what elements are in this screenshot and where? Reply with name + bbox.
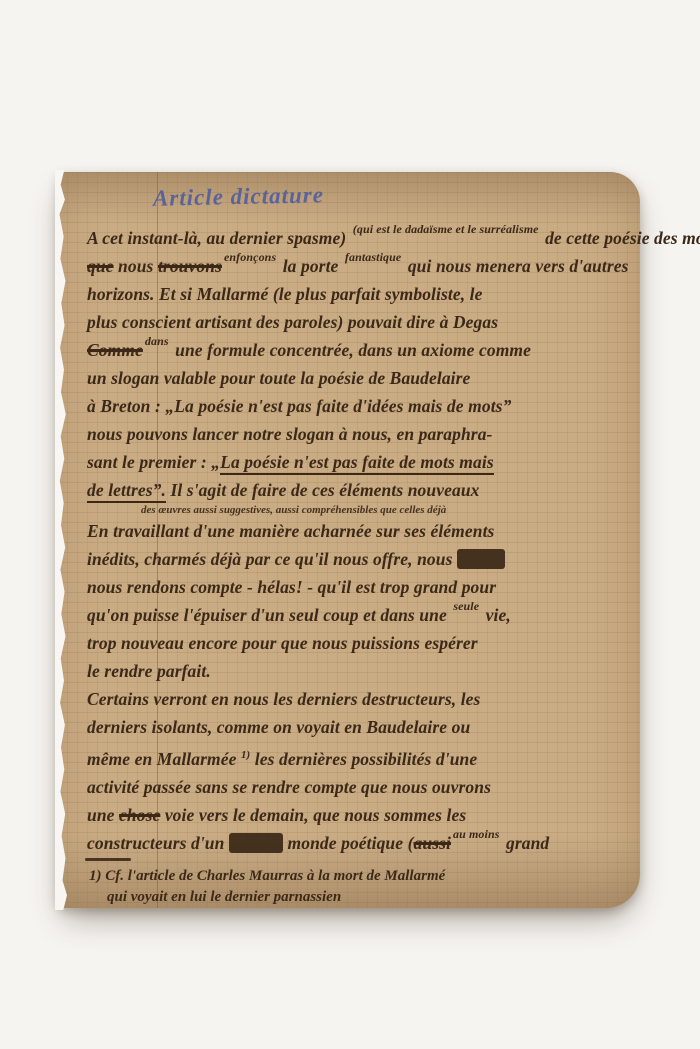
- segment-scribble: chemin: [229, 833, 283, 853]
- footnote-line: qui voyait en lui le dernier parnassien: [89, 887, 624, 908]
- text-block: A cet instant-là, au dernier spasme) (qu…: [87, 224, 627, 857]
- text-segment: même en Mallarmée: [87, 749, 241, 769]
- manuscript-line: de lettres”. Il s'agit de faire de ces é…: [87, 476, 627, 504]
- manuscript-line: le rendre parfait.: [87, 657, 627, 685]
- torn-edge: [55, 170, 70, 910]
- manuscript-line: Certains verront en nous les derniers de…: [87, 685, 627, 713]
- text-segment: qui nous menera vers d'autres: [403, 256, 628, 276]
- footnote-block: 1) Cf. l'article de Charles Maurras à la…: [89, 866, 624, 908]
- manuscript-line: sant le premier : „La poésie n'est pas f…: [87, 448, 627, 476]
- manuscript-title: Article dictature: [153, 182, 324, 212]
- text-segment: A cet instant-là, au dernier spasme): [87, 228, 351, 248]
- text-segment: nous pouvons lancer notre slogan à nous,…: [87, 424, 492, 444]
- segment-strike: aussi: [414, 833, 451, 853]
- text-segment: la porte: [278, 256, 343, 276]
- manuscript-line: plus conscient artisant des paroles) pou…: [87, 308, 627, 336]
- manuscript-line: des œuvres aussi suggestives, aussi comp…: [87, 504, 627, 517]
- manuscript-line: A cet instant-là, au dernier spasme) (qu…: [87, 224, 627, 252]
- text-segment: monde poétique (: [283, 833, 414, 853]
- text-segment: Certains verront en nous les derniers de…: [87, 689, 480, 709]
- manuscript-line: qu'on puisse l'épuiser d'un seul coup et…: [87, 601, 627, 629]
- segment-scribble: tenons: [457, 549, 505, 569]
- text-segment: à Breton : „La poésie n'est pas faite d'…: [87, 396, 511, 416]
- text-segment: horizons. Et si Mallarmé (le plus parfai…: [87, 284, 483, 304]
- manuscript-line: à Breton : „La poésie n'est pas faite d'…: [87, 392, 627, 420]
- manuscript-line: derniers isolants, comme on voyait en Ba…: [87, 713, 627, 741]
- text-segment: Il s'agit de faire de ces éléments nouve…: [166, 480, 480, 500]
- text-segment: En travaillant d'une manière acharnée su…: [87, 521, 494, 541]
- segment-strike: chose: [119, 805, 160, 825]
- manuscript-line: trop nouveau encore pour que nous puissi…: [87, 629, 627, 657]
- manuscript-line: Commedans une formule concentrée, dans u…: [87, 336, 627, 364]
- manuscript-line: activité passée sans se rendre compte qu…: [87, 773, 627, 801]
- text-segment: qu'on puisse l'épuiser d'un seul coup et…: [87, 605, 451, 625]
- text-segment: voie vers le demain, que nous sommes les: [160, 805, 466, 825]
- segment-u: de lettres”.: [87, 480, 166, 503]
- text-segment: nous rendons compte - hélas! - qu'il est…: [87, 577, 496, 597]
- text-segment: grand: [502, 833, 550, 853]
- segment-strike: que: [87, 256, 114, 276]
- manuscript-line: constructeurs d'un chemin monde poétique…: [87, 829, 627, 857]
- manuscript-line: même en Mallarmée 1) les dernières possi…: [87, 741, 627, 773]
- photo-stage: Article dictature A cet instant-là, au d…: [0, 0, 700, 1049]
- text-segment: vie,: [481, 605, 511, 625]
- segment-strike: trouvons: [158, 256, 222, 276]
- segment-sup: 1): [241, 749, 250, 761]
- manuscript-line: une chose voie vers le demain, que nous …: [87, 801, 627, 829]
- text-segment: sant le premier : „: [87, 452, 220, 472]
- manuscript-line: nous rendons compte - hélas! - qu'il est…: [87, 573, 627, 601]
- segment-strike: Comme: [87, 340, 143, 360]
- text-segment: constructeurs d'un: [87, 833, 229, 853]
- manuscript-page: Article dictature A cet instant-là, au d…: [57, 172, 640, 908]
- text-segment: plus conscient artisant des paroles) pou…: [87, 312, 498, 332]
- footnote-separator: [85, 858, 131, 861]
- manuscript-line: En travaillant d'une manière acharnée su…: [87, 517, 627, 545]
- text-segment: une: [87, 805, 119, 825]
- text-segment: trop nouveau encore pour que nous puissi…: [87, 633, 478, 653]
- text-segment: le rendre parfait.: [87, 661, 211, 681]
- manuscript-line: un slogan valable pour toute la poésie d…: [87, 364, 627, 392]
- text-segment: activité passée sans se rendre compte qu…: [87, 777, 491, 797]
- text-segment: les dernières possibilités d'une: [250, 749, 477, 769]
- footnote-line: 1) Cf. l'article de Charles Maurras à la…: [89, 866, 624, 887]
- text-segment: de cette poésie des mots: [541, 228, 700, 248]
- manuscript-line: nous pouvons lancer notre slogan à nous,…: [87, 420, 627, 448]
- text-segment: inédits, charmés déjà par ce qu'il nous …: [87, 549, 457, 569]
- manuscript-line: inédits, charmés déjà par ce qu'il nous …: [87, 545, 627, 573]
- text-segment: derniers isolants, comme on voyait en Ba…: [87, 717, 470, 737]
- manuscript-line: horizons. Et si Mallarmé (le plus parfai…: [87, 280, 627, 308]
- text-segment: des œuvres aussi suggestives, aussi comp…: [141, 504, 446, 516]
- manuscript-line: que nous trouvonsenfonçons la porte fant…: [87, 252, 627, 280]
- text-segment: nous: [114, 256, 158, 276]
- segment-u: La poésie n'est pas faite de mots mais: [220, 452, 494, 475]
- text-segment: une formule concentrée, dans un axiome c…: [171, 340, 531, 360]
- text-segment: un slogan valable pour toute la poésie d…: [87, 368, 470, 388]
